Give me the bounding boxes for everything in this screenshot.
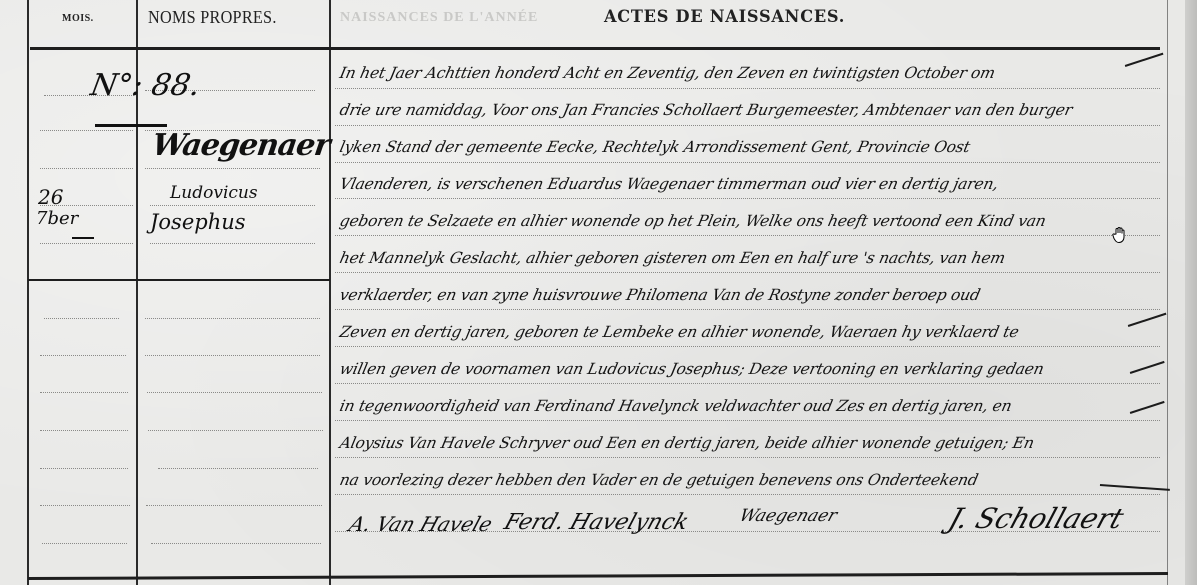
child-surname: Waegenaer [150,128,332,163]
guide-line [40,505,130,506]
guide-line [335,309,1160,310]
line-end-flourish [1100,484,1170,490]
header-faint-show-through: NAISSANCES DE L'ANNÉE [340,10,538,26]
act-text-line: verklaerder, en van zyne huisvrouwe Phil… [338,286,982,304]
guide-line [335,346,1160,347]
guide-line [40,355,126,356]
guide-line [147,392,322,393]
act-number-underline [95,124,167,127]
date-underline [72,237,94,239]
guide-line [335,235,1160,236]
guide-line [40,468,128,469]
signature-havelynck: Ferd. Havelynck [501,510,692,535]
guide-line [335,88,1160,89]
guide-line [44,318,119,319]
guide-line [335,420,1160,421]
guide-line [335,383,1160,384]
page-edge [1185,0,1197,585]
guide-line [151,543,321,544]
act-text-line: lyken Stand der gemeente Eecke, Rechtely… [338,138,972,156]
line-end-flourish [1130,401,1165,414]
right-margin-line [1167,0,1168,585]
birth-date-day: 26 [38,185,63,209]
act-text-line: Aloysius Van Havele Schryver oud Een en … [338,434,1036,452]
act-text-line: In het Jaer Achttien honderd Acht en Zev… [338,64,997,82]
guide-line [335,457,1160,458]
guide-line [145,355,320,356]
guide-line [40,430,128,431]
guide-line [145,318,320,319]
guide-line [335,494,1160,495]
line-end-flourish [1130,361,1165,374]
child-given-name-1: Ludovicus [170,183,258,203]
act-text-line: geboren te Selzaete en alhier wonende op… [338,212,1048,230]
guide-line [148,430,323,431]
act-text-line: drie ure namiddag, Voor ons Jan Francies… [338,101,1074,119]
act-text-line: willen geven de voornamen van Ludovicus … [338,360,1045,378]
birth-date-month: 7ber [36,208,78,229]
header-noms-propres: NOMS PROPRES. [148,7,277,28]
hand-pointer-icon [1111,226,1129,244]
left-entry-bottom-rule [28,279,330,281]
column-divider-noms [329,0,331,585]
guide-line [40,130,133,131]
act-text-line: het Mannelyk Geslacht, alhier geboren gi… [338,249,1007,267]
guide-line [40,168,133,169]
header-actes-de-naissances: ACTES DE NAISSANCES. [604,7,845,27]
guide-line [335,272,1160,273]
guide-line [145,168,320,169]
act-text-line: na voorlezing dezer hebben den Vader en … [338,471,980,489]
entry-bottom-rule [28,572,1168,579]
signature-van-havele: A. Van Havele [346,512,495,536]
act-text-line: Vlaenderen, is verschenen Eduardus Waege… [338,175,1000,193]
guide-line [42,543,127,544]
signature-waegenaer: Waegenaer [737,506,840,526]
header-rule [30,47,1160,50]
act-number: N°: 88. [88,68,203,103]
guide-line [150,243,315,244]
header-mois: MOIS. [62,13,94,24]
line-end-flourish [1128,313,1167,327]
act-text-line: in tegenwoordigheid van Ferdinand Havely… [338,397,1013,415]
guide-line [150,205,315,206]
act-text-line: Zeven en dertig jaren, geboren te Lembek… [338,323,1020,341]
guide-line [335,125,1160,126]
signature-schollaert: J. Schollaert [945,502,1128,535]
guide-line [335,198,1160,199]
register-page: MOIS. NOMS PROPRES. NAISSANCES DE L'ANNÉ… [0,0,1197,585]
guide-line [335,162,1160,163]
guide-line [40,243,133,244]
line-end-flourish [1125,53,1164,67]
guide-line [158,468,318,469]
guide-line [146,505,322,506]
guide-line [40,392,128,393]
left-margin-line [27,0,29,585]
child-given-name-2: Josephus [150,210,246,234]
